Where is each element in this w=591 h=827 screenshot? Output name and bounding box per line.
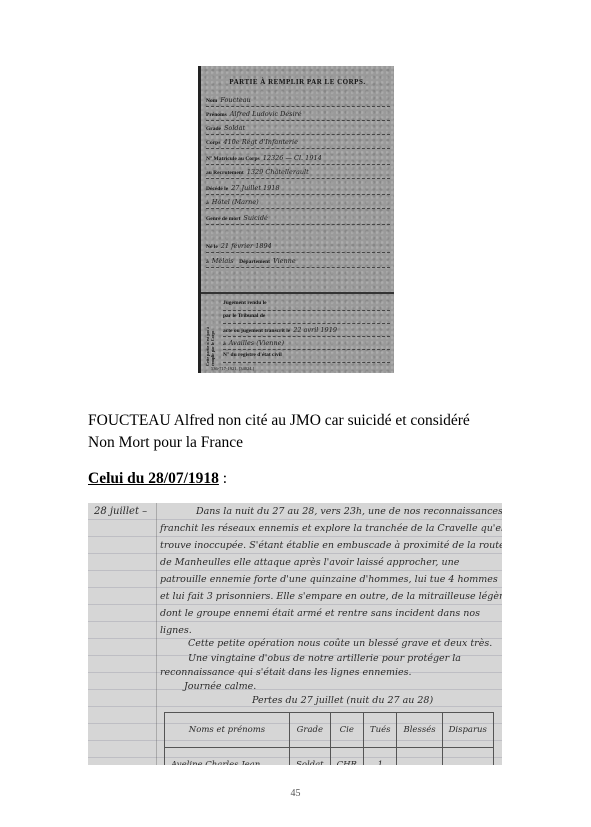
card-field-jugement: Jugement rendu le <box>223 300 390 311</box>
section-heading: Celui du 28/07/1918 : <box>88 470 227 488</box>
jmo-line: dont le groupe ennemi était armé et rent… <box>160 608 480 619</box>
card-field-deces-lieu: àHôtel (Marne) <box>206 198 390 209</box>
card-field-transcrit-lieu: àAvailles (Vienne) <box>223 339 390 350</box>
jmo-line: et lui fait 3 prisonniers. Elle s'empare… <box>160 591 502 602</box>
card-field-transcrit: acte ou jugement transcrit le22 avril 19… <box>223 326 390 337</box>
jmo-line: Cette petite opération nous coûte un ble… <box>188 638 492 649</box>
jmo-page-image: 28 juillet – Dans la nuit du 27 au 28, v… <box>88 503 502 765</box>
jmo-line: Dans la nuit du 27 au 28, vers 23h, une … <box>196 506 502 517</box>
col-grade: Grade <box>290 713 331 748</box>
card-field-prenoms: PrénomsAlfred Ludovic Désiré <box>206 110 390 121</box>
jmo-date: 28 juillet – <box>94 506 147 517</box>
card-field-nom: NomFoucteau <box>206 96 390 107</box>
jmo-line: de Manheulles elle attaque après l'avoir… <box>160 557 459 568</box>
jmo-line: patrouille ennemie forte d'une quinzaine… <box>160 574 498 585</box>
col-tues: Tués <box>363 713 397 748</box>
section-heading-date: Celui du 28/07/1918 <box>88 470 219 487</box>
card-footer-code: 536-717-1921. [34024.] <box>211 366 254 371</box>
card-field-tribunal: par le Tribunal de <box>223 313 390 324</box>
jmo-line: trouve inoccupée. S'étant établie en emb… <box>160 540 502 551</box>
col-disparus: Disparus <box>442 713 493 748</box>
card-field-ne-le: Né le21 février 1894 <box>206 242 390 253</box>
col-blesses: Blessés <box>397 713 442 748</box>
card-field-matricule-corps: N° Matricule au Corps12326 — Cl. 1914 <box>206 154 390 165</box>
jmo-line: Une vingtaine d'obus de notre artillerie… <box>188 653 461 664</box>
card-field-genre-de-mort: Genre de mortSuicidé <box>206 214 390 225</box>
body-text-line-2: Non Mort pour la France <box>88 432 243 454</box>
card-separator <box>201 292 394 294</box>
jmo-line: lignes. <box>160 625 192 636</box>
card-field-grade: GradeSoldat <box>206 124 390 135</box>
jmo-line: franchit les réseaux ennemis et explore … <box>160 523 502 534</box>
card-field-naissance-lieu: àMélais DépartementVienne <box>206 257 390 268</box>
page-number: 45 <box>0 788 591 799</box>
card-side-note: Cette partie n'est pas à remplir par le … <box>205 316 219 366</box>
jmo-line: reconnaissance qui s'était dans les lign… <box>160 667 412 678</box>
card-field-decede-le: Décédé le27 Juillet 1918 <box>206 184 390 195</box>
jmo-line: Journée calme. <box>184 681 256 692</box>
table-header-row: Noms et prénoms Grade Cie Tués Blessés D… <box>165 713 494 748</box>
col-cie: Cie <box>330 713 363 748</box>
body-text-line-1: FOUCTEAU Alfred non cité au JMO car suic… <box>88 410 470 432</box>
table-row: Aveline Charles Jean Soldat CHR 1 <box>165 748 494 766</box>
card-field-registre: N° du registre d'état civil <box>223 352 390 363</box>
margin-line <box>156 503 157 765</box>
losses-table: Noms et prénoms Grade Cie Tués Blessés D… <box>164 712 494 765</box>
card-field-corps: Corps410e Régt d'Infanterie <box>206 138 390 149</box>
card-title: PARTIE À REMPLIR PAR LE CORPS. <box>201 78 394 86</box>
card-field-matricule-recrutement: au Recrutement1329 Châtellerault <box>206 168 390 179</box>
col-noms: Noms et prénoms <box>165 713 290 748</box>
death-record-card-image: PARTIE À REMPLIR PAR LE CORPS. NomFoucte… <box>198 66 394 373</box>
jmo-losses-title: Pertes du 27 juillet (nuit du 27 au 28) <box>252 695 433 706</box>
